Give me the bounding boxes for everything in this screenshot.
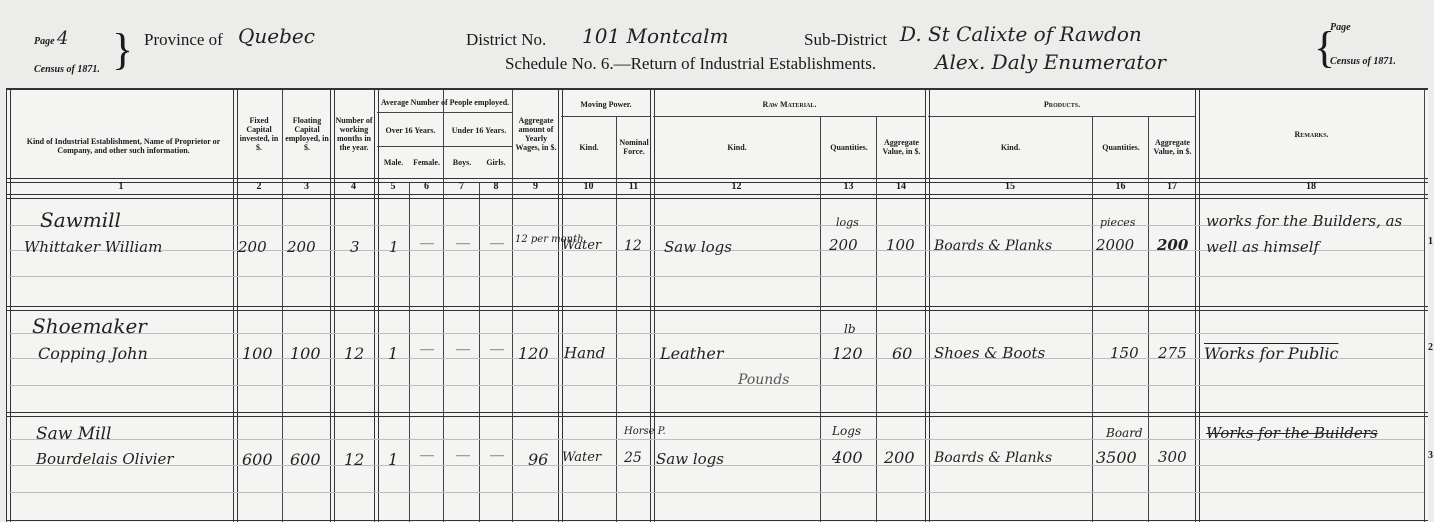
subdistrict-label: Sub-District	[804, 30, 887, 50]
raw-kind-value: Saw logs	[656, 450, 724, 468]
col-header-product-quantities: Quantities.	[1094, 118, 1148, 176]
raw-qty-value: 400	[832, 448, 863, 467]
product-value-value: 275	[1158, 344, 1187, 362]
raw-qty-unit: Logs	[832, 424, 861, 438]
male-value: 1	[388, 450, 398, 469]
proprietor-name: Copping John	[38, 344, 148, 363]
col-header-wages: Aggregate amount of Yearly Wages, in $.	[514, 92, 558, 176]
col-number: 12	[653, 181, 820, 192]
col-header-fixed-capital: Fixed Capital invested, in $.	[237, 92, 281, 176]
raw-kind-value: Saw logs	[664, 238, 732, 256]
establishment-kind: Shoemaker	[32, 314, 147, 338]
establishment-kind: Saw Mill	[36, 424, 111, 444]
col-header-remarks: Remarks.	[1199, 92, 1424, 176]
col-number: 14	[877, 181, 925, 192]
power-force-value: 12	[624, 238, 642, 254]
right-page-label: Page	[1330, 22, 1351, 33]
page-label: Page 4	[34, 28, 69, 49]
col-number: 11	[617, 181, 650, 192]
remarks-value: Works for Public	[1204, 344, 1338, 363]
product-value-value: 300	[1158, 448, 1187, 466]
male-value: 1	[389, 238, 399, 256]
census-label: Census of 1871.	[34, 64, 100, 75]
fixed-capital-value: 100	[242, 344, 273, 363]
col-header-female: Female.	[410, 148, 443, 176]
page-label-text: Page	[34, 36, 55, 47]
col-number: 2	[236, 181, 282, 192]
col-number: 17	[1149, 181, 1195, 192]
product-qty-value: 2000	[1096, 236, 1134, 254]
proprietor-name: Bourdelais Olivier	[36, 450, 174, 468]
col-header-over16: Over 16 Years.	[378, 114, 443, 146]
fixed-capital-value: 600	[242, 450, 273, 469]
district-label: District No.	[466, 30, 546, 50]
col-header-floating-capital: Floating Capital employed, in $.	[284, 92, 330, 176]
col-number: 9	[513, 181, 558, 192]
col-header-girls: Girls.	[480, 148, 512, 176]
product-kind-value: Boards & Planks	[934, 450, 1052, 466]
col-header-kind: Kind of Industrial Establishment, Name o…	[16, 118, 231, 174]
col-header-product-value: Aggregate Value, in $.	[1150, 118, 1195, 176]
power-kind-value: Water	[562, 238, 601, 253]
male-value: 1	[388, 344, 398, 363]
power-force-note: Horse P.	[624, 426, 666, 437]
col-group-products: Products.	[929, 92, 1195, 116]
power-kind-value: Water	[562, 450, 601, 465]
boys-value: —	[456, 448, 470, 464]
col-number: 7	[444, 181, 479, 192]
raw-value-value: 60	[892, 344, 912, 363]
col-header-raw-quantities: Quantities.	[822, 118, 876, 176]
col-header-months: Number of working months in the year.	[334, 92, 374, 176]
col-number: 5	[377, 181, 409, 192]
wages-value: 96	[528, 450, 548, 469]
province-label: Province of	[144, 30, 223, 50]
col-number: 13	[821, 181, 876, 192]
col-header-product-kind: Kind.	[929, 118, 1092, 176]
product-qty-unit: Board	[1106, 426, 1143, 440]
enumerator-name: Alex. Daly Enumerator	[935, 50, 1166, 74]
remarks-value: Works for the Builders	[1206, 420, 1416, 446]
girls-value: —	[490, 448, 504, 464]
schedule-title: Schedule No. 6.—Return of Industrial Est…	[505, 54, 876, 74]
raw-kind-value: Leather	[660, 344, 723, 363]
province-value: Quebec	[238, 24, 315, 48]
boys-value: —	[456, 342, 470, 358]
census-table: Kind of Industrial Establishment, Name o…	[6, 88, 1428, 522]
establishment-kind: Sawmill	[40, 208, 121, 232]
female-value: —	[420, 448, 434, 464]
raw-qty-unit: lb	[844, 322, 856, 336]
product-qty-value: 150	[1110, 344, 1139, 362]
raw-kind-note: Pounds	[738, 372, 789, 388]
female-value: —	[420, 342, 434, 358]
col-number: 3	[283, 181, 330, 192]
months-value: 12	[344, 344, 364, 363]
col-number: 8	[480, 181, 512, 192]
raw-qty-value: 200	[829, 236, 858, 254]
girls-value: —	[490, 342, 504, 358]
wages-value: 120	[518, 344, 549, 363]
col-header-under16: Under 16 Years.	[446, 114, 512, 146]
col-header-male: Male.	[378, 148, 409, 176]
col-number: 1	[9, 181, 233, 192]
months-value: 3	[350, 238, 360, 256]
col-header-raw-value: Aggregate Value, in $.	[878, 118, 925, 176]
raw-qty-unit: logs	[836, 216, 859, 229]
power-kind-value: Hand	[564, 344, 605, 362]
months-value: 12	[344, 450, 364, 469]
product-kind-value: Shoes & Boots	[934, 344, 1045, 362]
floating-capital-value: 100	[290, 344, 321, 363]
district-value: 101 Montcalm	[582, 24, 728, 48]
left-brace-icon: }	[112, 28, 133, 72]
line-number: 2	[1428, 342, 1433, 353]
subdistrict-value: D. St Calixte of Rawdon	[900, 22, 1142, 46]
col-number: 6	[410, 181, 443, 192]
raw-value-value: 200	[884, 448, 915, 467]
power-force-value: 25	[624, 450, 642, 466]
col-group-people: Average Number of People employed.	[378, 92, 512, 112]
col-number: 18	[1198, 181, 1424, 192]
line-number: 3	[1428, 450, 1433, 461]
right-census-label: Census of 1871.	[1330, 56, 1396, 67]
col-number: 16	[1093, 181, 1148, 192]
col-group-moving-power: Moving Power.	[562, 92, 650, 116]
page-number: 4	[57, 28, 68, 49]
female-value: —	[420, 236, 434, 252]
col-header-raw-kind: Kind.	[654, 118, 820, 176]
col-number: 10	[561, 181, 616, 192]
col-header-power-kind: Kind.	[562, 118, 616, 176]
remarks-value: works for the Builders, as well as himse…	[1206, 208, 1416, 260]
line-number: 1	[1428, 236, 1433, 247]
fixed-capital-value: 200	[238, 238, 267, 256]
col-number: 4	[333, 181, 374, 192]
raw-value-value: 100	[886, 236, 915, 254]
product-value-value: 200	[1157, 236, 1188, 254]
girls-value: —	[490, 236, 504, 252]
product-kind-value: Boards & Planks	[934, 238, 1052, 254]
floating-capital-value: 600	[290, 450, 321, 469]
col-number: 15	[928, 181, 1092, 192]
floating-capital-value: 200	[287, 238, 316, 256]
product-qty-unit: pieces	[1100, 216, 1135, 229]
proprietor-name: Whittaker William	[24, 238, 162, 256]
boys-value: —	[456, 236, 470, 252]
raw-qty-value: 120	[832, 344, 863, 363]
product-qty-value: 3500	[1096, 448, 1137, 467]
col-header-boys: Boys.	[445, 148, 479, 176]
col-header-nominal-force: Nominal Force.	[618, 118, 650, 176]
col-group-raw-material: Raw Material.	[654, 92, 925, 116]
